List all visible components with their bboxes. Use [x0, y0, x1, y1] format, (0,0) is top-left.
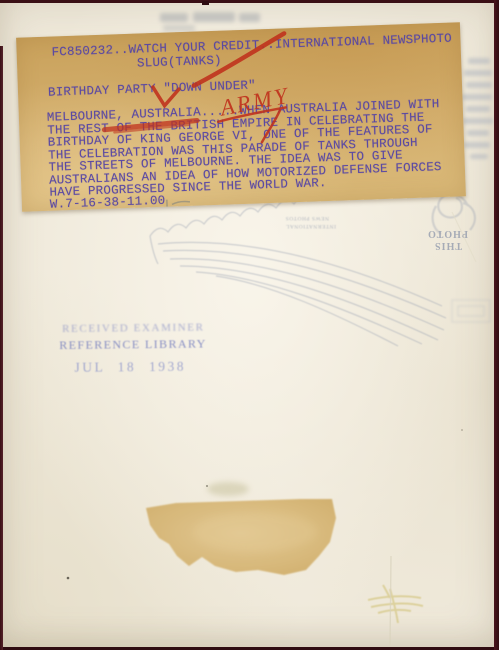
red-army-tail: [261, 111, 281, 143]
speck: [206, 485, 208, 487]
green-smudge: [207, 482, 249, 496]
photo-edge-right: [494, 0, 499, 650]
stamp-date: JUL 18 1938: [74, 359, 186, 376]
crease-line: [452, 212, 476, 262]
glue-scribble: [368, 585, 423, 623]
red-check-down: [153, 86, 180, 106]
speck: [67, 577, 70, 580]
pencil-dash: [172, 201, 190, 204]
speck: [461, 429, 463, 431]
stamp-line-reference-library: REFERENCE LIBRARY: [59, 336, 207, 353]
typed-caption-label: FC850232..WATCH YOUR CREDIT..INTERNATION…: [16, 22, 466, 211]
photo-edge-tick: [202, 1, 209, 5]
press-photo-verso: INTERNATIONAL NEWS PHOTOS THIS PHOTO: [0, 0, 499, 650]
red-editor-marks: ARMY: [16, 22, 466, 211]
photo-edge-top: [0, 0, 499, 3]
stamp-line-received-examiner: RECEIVED EXAMINER: [62, 321, 205, 334]
stain-highlight: [193, 512, 317, 552]
red-slash-slug: [192, 33, 286, 85]
crease-line: [390, 556, 391, 646]
handwritten-army: ARMY: [216, 83, 292, 121]
photo-edge-left: [0, 46, 3, 650]
